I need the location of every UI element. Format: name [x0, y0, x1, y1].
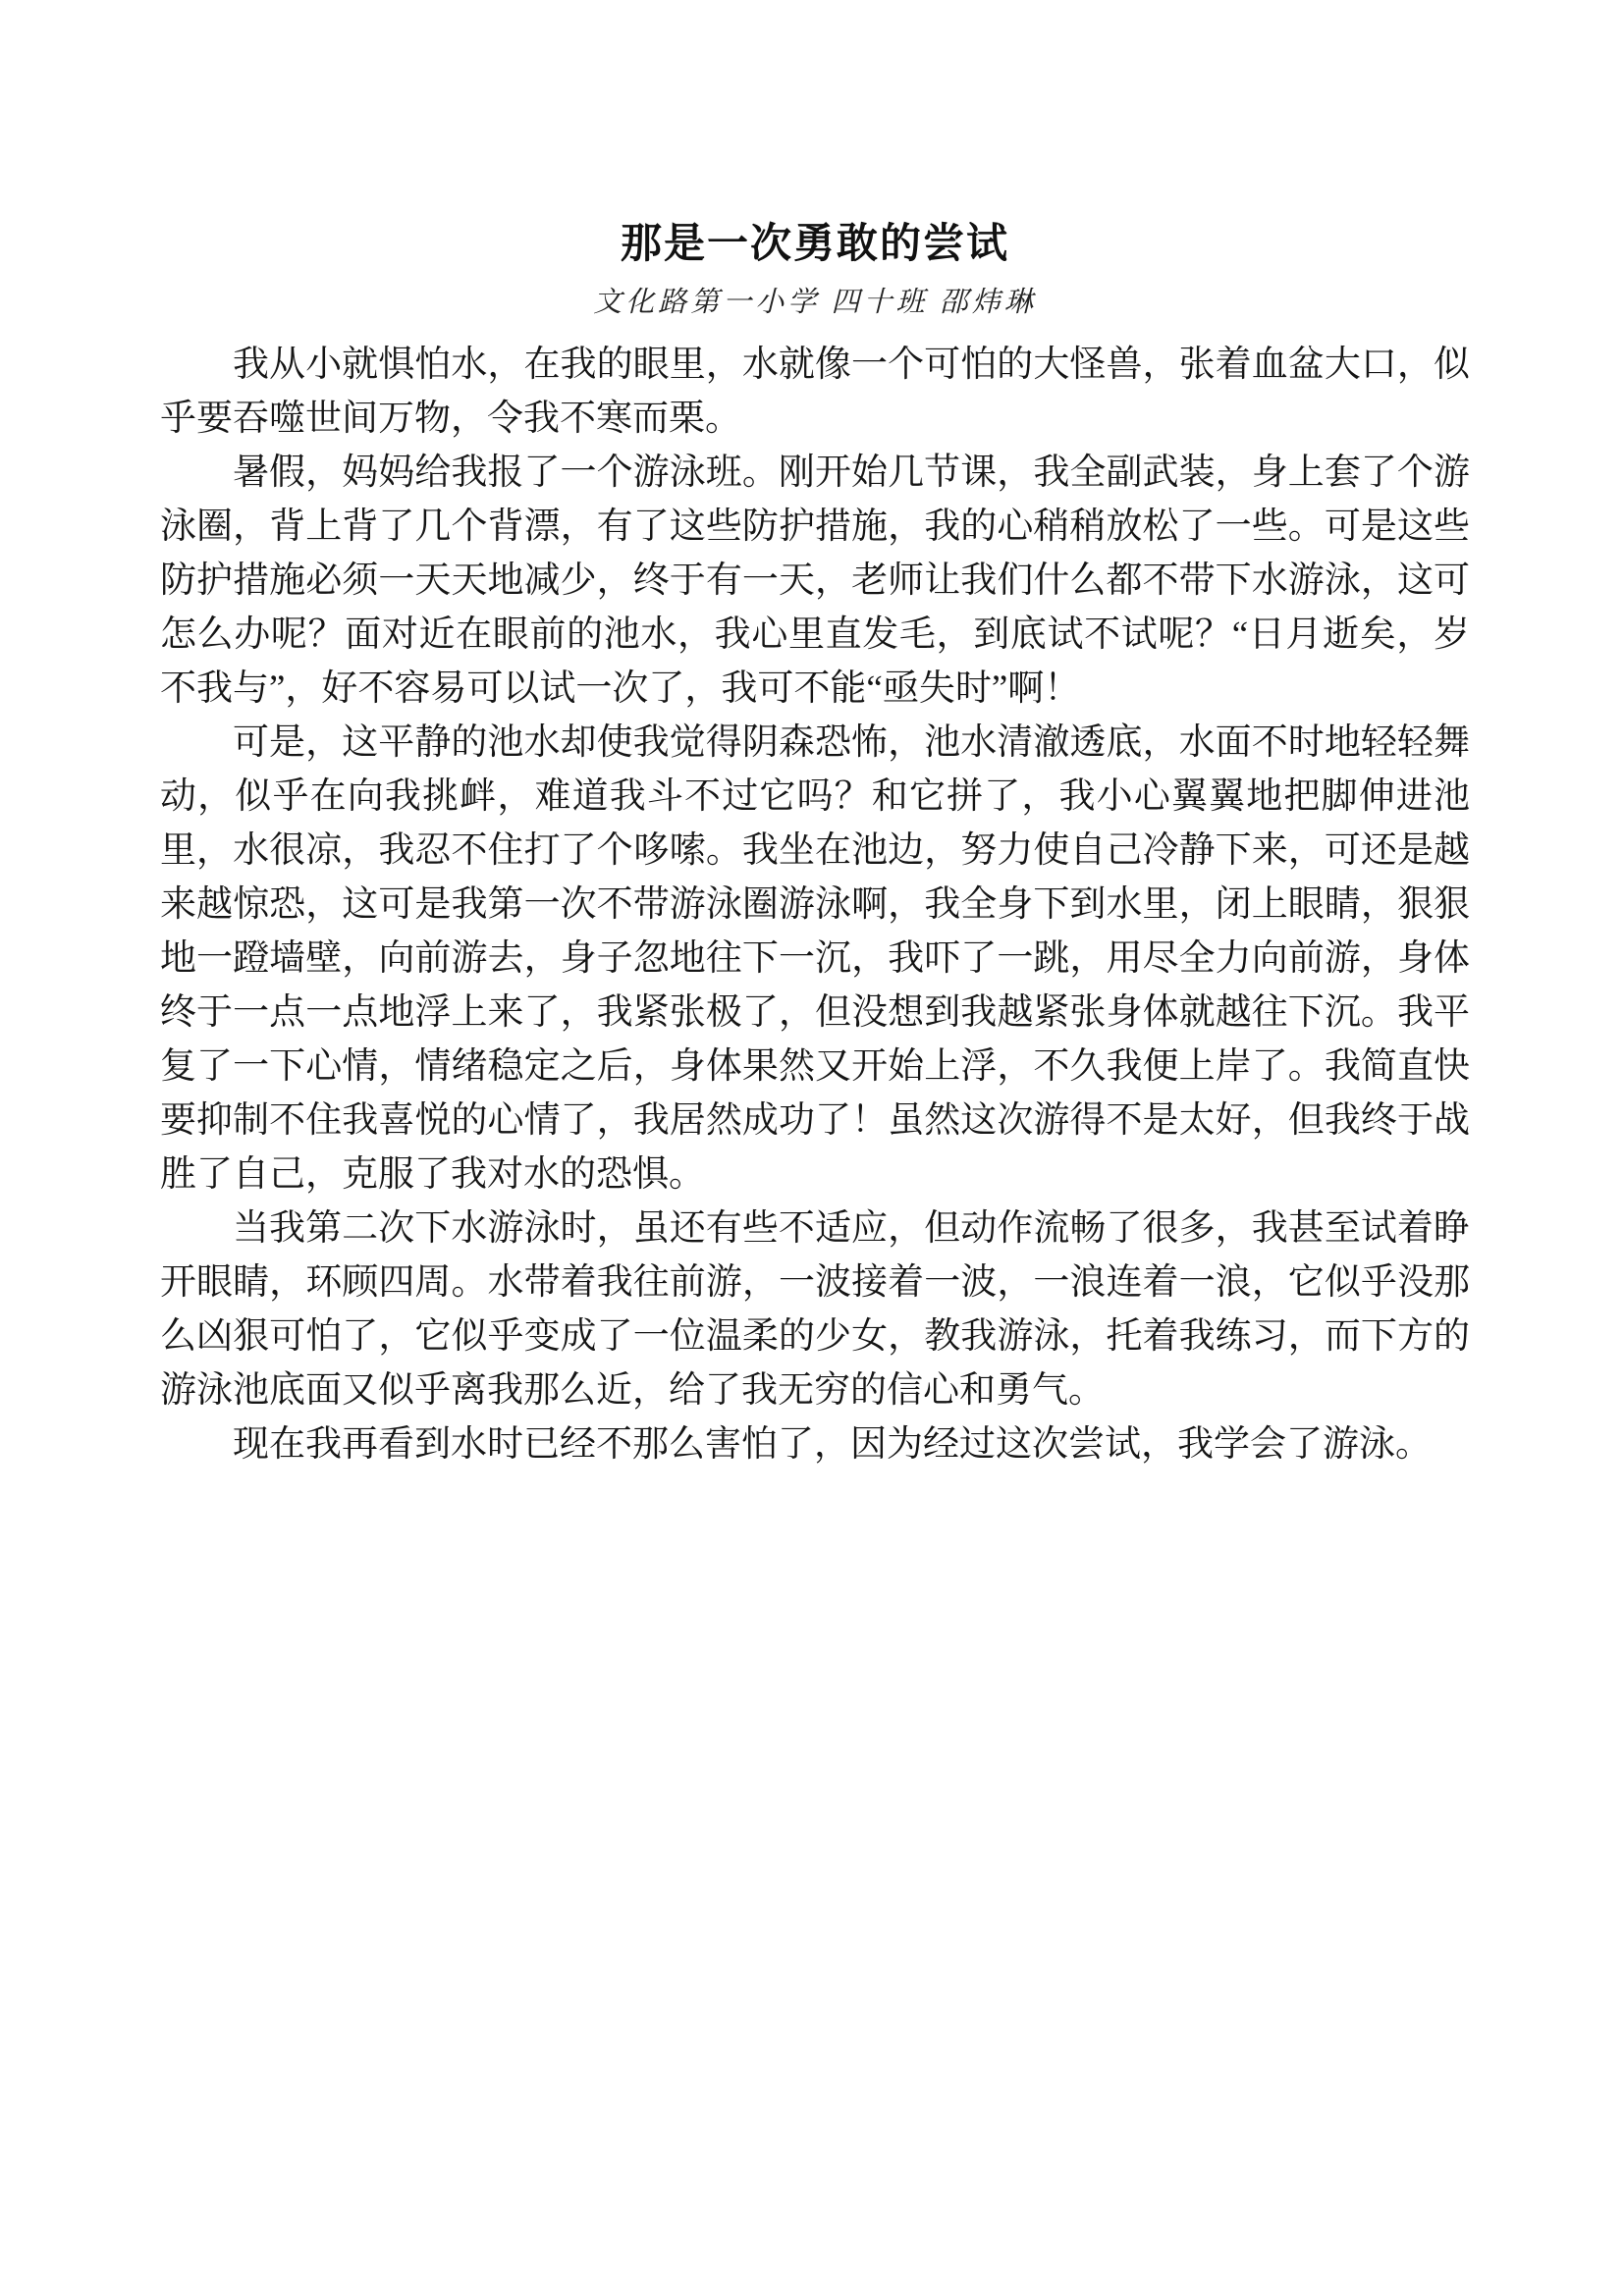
- essay-paragraph: 暑假，妈妈给我报了一个游泳班。刚开始几节课，我全副武装，身上套了个游泳圈，背上背…: [160, 446, 1470, 716]
- essay-paragraph: 现在我再看到水时已经不那么害怕了，因为经过这次尝试，我学会了游泳。: [160, 1417, 1470, 1471]
- essay-body: 我从小就惧怕水，在我的眼里，水就像一个可怕的大怪兽，张着血盆大口，似乎要吞噬世间…: [160, 338, 1470, 1471]
- essay-paragraph: 可是，这平静的池水却使我觉得阴森恐怖，池水清澈透底，水面不时地轻轻舞动，似乎在向…: [160, 716, 1470, 1201]
- document-page: 那是一次勇敢的尝试 文化路第一小学 四十班 邵炜琳 我从小就惧怕水，在我的眼里，…: [0, 0, 1624, 2296]
- essay-byline: 文化路第一小学 四十班 邵炜琳: [160, 283, 1470, 322]
- essay-paragraph: 我从小就惧怕水，在我的眼里，水就像一个可怕的大怪兽，张着血盆大口，似乎要吞噬世间…: [160, 338, 1470, 446]
- essay-paragraph: 当我第二次下水游泳时，虽还有些不适应，但动作流畅了很多，我甚至试着睁开眼睛，环顾…: [160, 1201, 1470, 1417]
- essay-title: 那是一次勇敢的尝试: [160, 218, 1470, 269]
